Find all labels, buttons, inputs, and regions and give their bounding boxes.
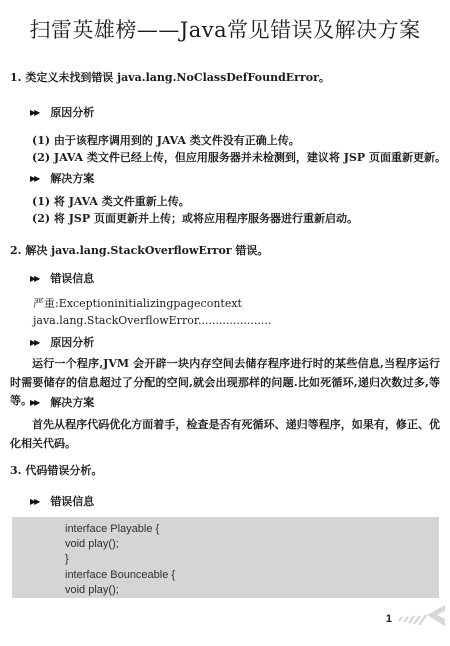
solution-label: 解决方案 xyxy=(50,396,94,410)
code-line: interface Playable { xyxy=(65,522,439,537)
section-2-cause-subheading: ▶▶ 原因分析 xyxy=(30,336,94,350)
section-2-error-subheading: ▶▶ 错误信息 xyxy=(30,272,94,286)
section-2-solution-subheading: ▶▶ 解决方案 xyxy=(30,396,94,410)
double-arrow-icon: ▶▶ xyxy=(30,106,38,120)
double-arrow-icon: ▶▶ xyxy=(30,495,38,509)
error-info-label: 错误信息 xyxy=(50,495,94,509)
solution-label: 解决方案 xyxy=(50,172,94,186)
document-page: 扫雷英雄榜——Java常见错误及解决方案 1. 类定义未找到错误 java.la… xyxy=(0,0,450,646)
chevron-trail-decoration-icon xyxy=(398,603,446,629)
section-1-heading: 1. 类定义未找到错误 java.lang.NoClassDefFoundErr… xyxy=(10,71,330,85)
error-info-label: 错误信息 xyxy=(50,272,94,286)
double-arrow-icon: ▶▶ xyxy=(30,272,38,286)
section-1-cause-subheading: ▶▶ 原因分析 xyxy=(30,106,94,120)
section-1-solution-subheading: ▶▶ 解决方案 xyxy=(30,172,94,186)
cause-analysis-label: 原因分析 xyxy=(50,336,94,350)
error-message-line-2: java.lang.StackOverflowError............… xyxy=(33,314,271,328)
code-line: void play(); xyxy=(65,583,439,598)
double-arrow-icon: ▶▶ xyxy=(30,172,38,186)
code-snippet-block: interface Playable { void play(); } inte… xyxy=(12,517,439,598)
page-number: 1 xyxy=(386,613,392,625)
section-1-cause-item-2: (2) JAVA 类文件已经上传，但应用服务器并未检测到，建议将 JSP 页面重… xyxy=(32,151,446,165)
section-2-solution-paragraph: 首先从程序代码优化方面着手，检查是否有死循环、递归等程序，如果有，修正、优化相关… xyxy=(10,416,440,453)
page-footer: 1 xyxy=(386,603,446,629)
section-2-heading: 2. 解决 java.lang.StackOverflowError 错误。 xyxy=(10,244,268,258)
double-arrow-icon: ▶▶ xyxy=(30,336,38,350)
code-line: void play(); xyxy=(65,537,439,552)
section-3-error-subheading: ▶▶ 错误信息 xyxy=(30,495,94,509)
section-1-solution-item-2: (2) 将 JSP 页面更新并上传；或将应用程序服务器进行重新启动。 xyxy=(32,212,358,226)
code-line: } xyxy=(65,552,439,567)
document-title: 扫雷英雄榜——Java常见错误及解决方案 xyxy=(0,15,450,45)
code-line: interface Bounceable { xyxy=(65,568,439,583)
cause-analysis-label: 原因分析 xyxy=(50,106,94,120)
section-1-cause-item-1: (1) 由于该程序调用到的 JAVA 类文件没有正确上传。 xyxy=(32,134,300,148)
section-1-solution-item-1: (1) 将 JAVA 类文件重新上传。 xyxy=(32,195,190,209)
error-message-line-1: 严重:Exceptioninitializingpagecontext xyxy=(33,297,242,311)
double-arrow-icon: ▶▶ xyxy=(30,396,38,410)
section-3-heading: 3. 代码错误分析。 xyxy=(10,464,102,478)
